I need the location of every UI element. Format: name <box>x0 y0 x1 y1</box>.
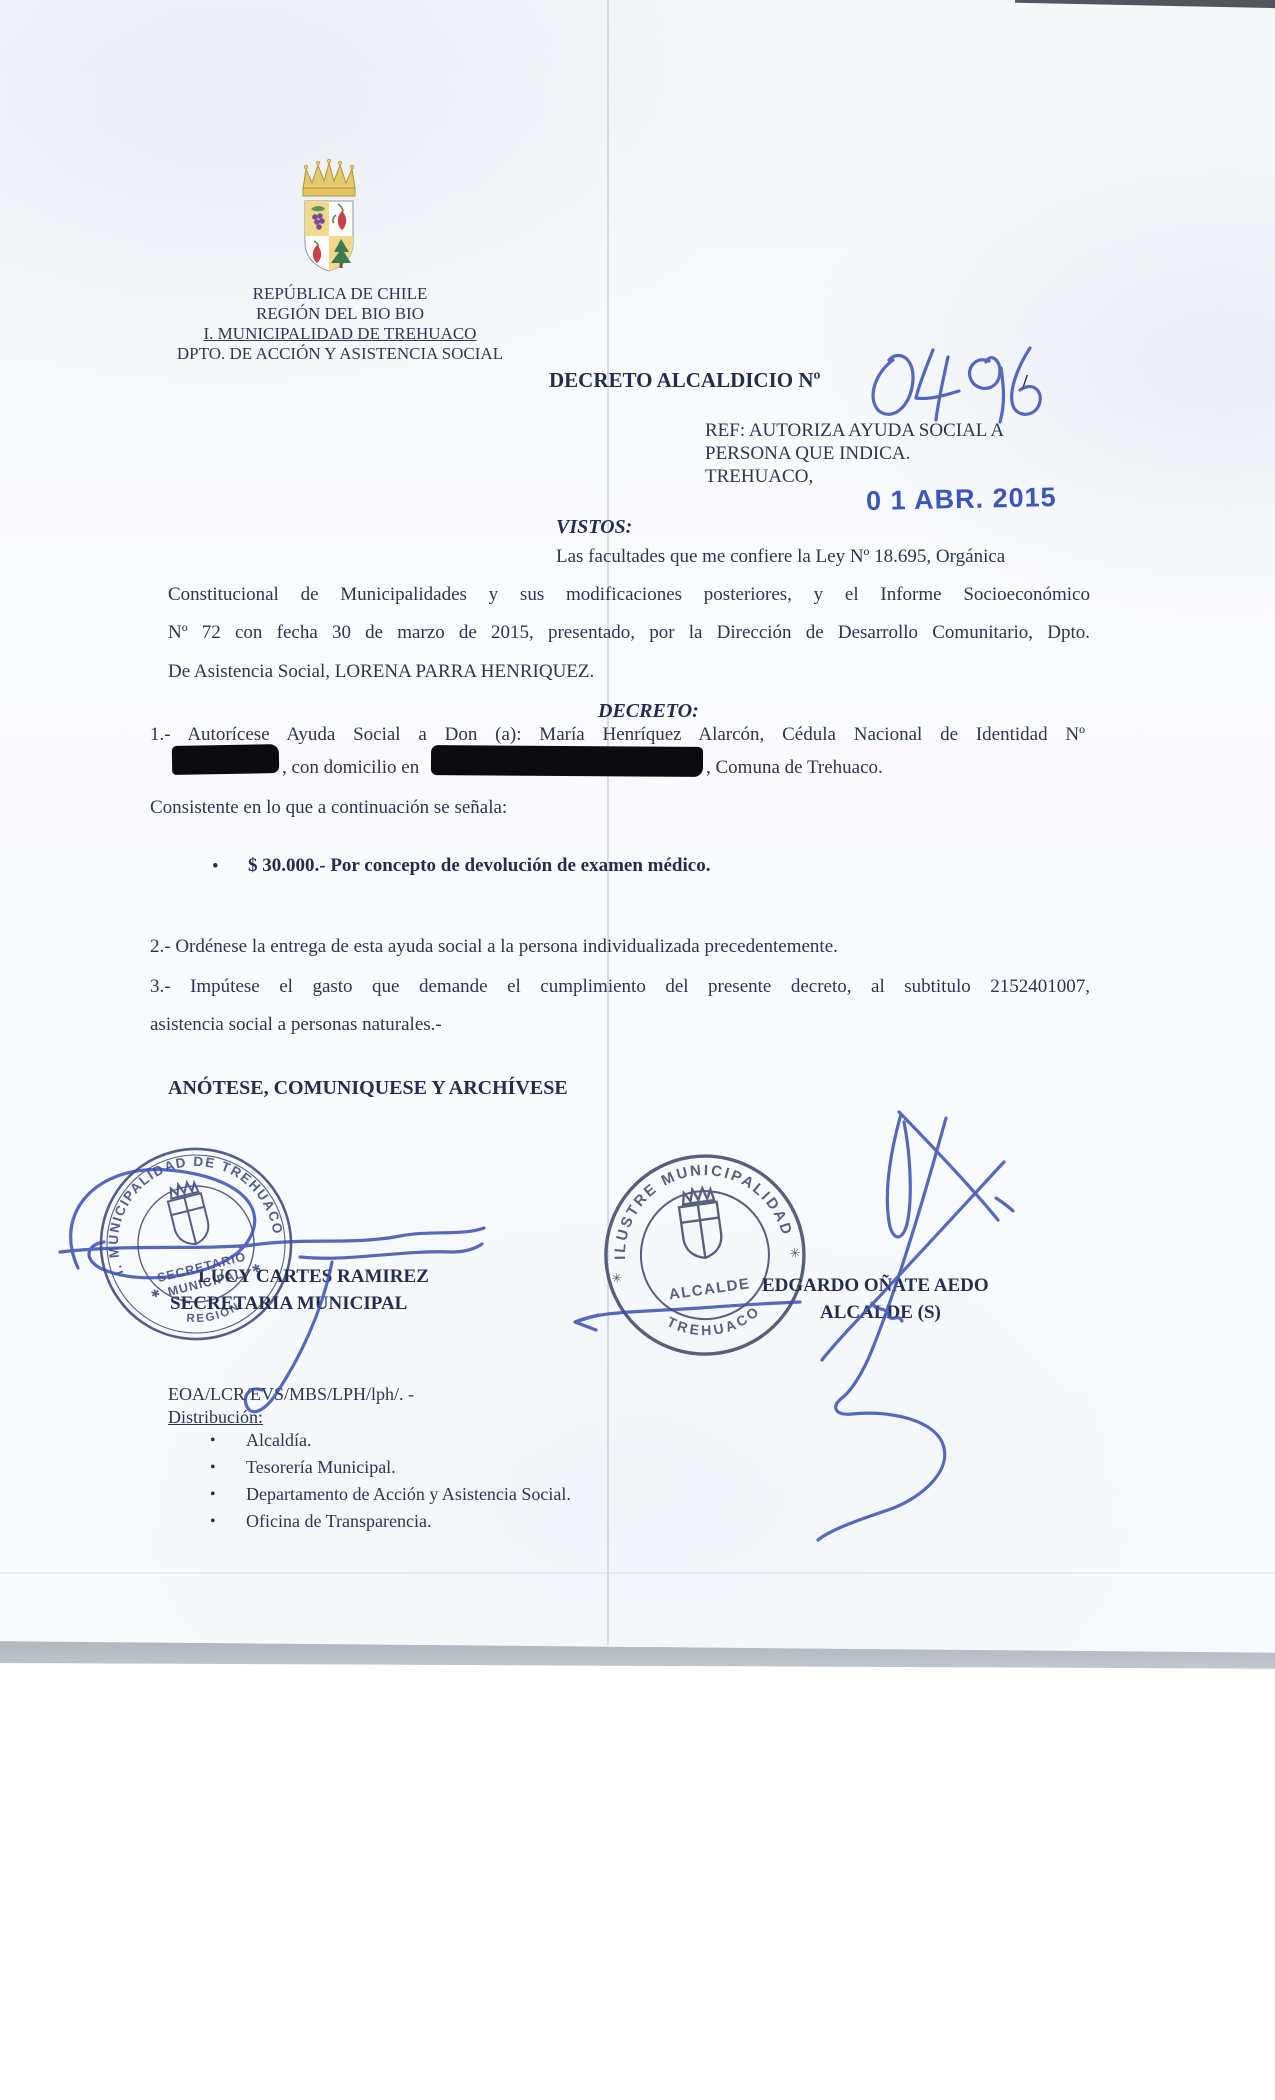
distribution-item: Alcaldía. <box>246 1430 311 1451</box>
letterhead: REPÚBLICA DE CHILE REGIÓN DEL BIO BIO I.… <box>130 284 550 364</box>
initials-line: EOA/LCR/EVS/MBS/LPH/lph/. - <box>168 1384 414 1405</box>
vistos-heading: VISTOS: <box>556 515 632 539</box>
decreto-item1-mid: , con domicilio en <box>282 757 419 780</box>
vistos-line-2: Constitucional de Municipalidades y sus … <box>168 584 1090 607</box>
shield-icon <box>305 201 353 271</box>
seal-shield-icon <box>165 1180 213 1248</box>
ref-line-2: PERSONA QUE INDICA. <box>705 443 910 465</box>
alcalde-seal-star-right: ✳ <box>789 1245 802 1261</box>
amount-line: $ 30.000.- Por concepto de devolución de… <box>248 855 710 878</box>
redaction-bar-id <box>172 744 279 775</box>
distribution-label: Distribución: <box>168 1407 263 1428</box>
letterhead-country: REPÚBLICA DE CHILE <box>130 284 550 304</box>
left-signatory-title: SECRETARIA MUNICIPAL <box>170 1293 407 1315</box>
decreto-item1-end: , Comuna de Trehuaco. <box>706 757 883 780</box>
horizontal-crease <box>0 1572 1275 1574</box>
distribution-item: Oficina de Transparencia. <box>246 1511 431 1532</box>
svg-text:TREHUACO: TREHUACO <box>663 1301 766 1345</box>
decree-title-label: DECRETO ALCALDICIO Nº <box>549 368 820 393</box>
distribution-bullet: • <box>210 1486 216 1504</box>
amount-bullet-marker: • <box>212 856 219 878</box>
decreto-item3-line1: 3.- Impútese el gasto que demande el cum… <box>150 976 1090 999</box>
right-signatory-name: EDGARDO OÑATE AEDO <box>762 1275 989 1297</box>
distribution-bullet: • <box>210 1513 216 1531</box>
vistos-line-1: Las facultades que me confiere la Ley Nº… <box>556 546 1005 569</box>
alcalde-seal-center-text: ALCALDE <box>668 1275 752 1303</box>
vistos-line-4: De Asistencia Social, LORENA PARRA HENRI… <box>168 661 594 684</box>
distribution-item: Departamento de Acción y Asistencia Soci… <box>246 1484 571 1505</box>
distribution-bullet: • <box>210 1459 216 1477</box>
alcalde-seal-shield-icon <box>677 1186 724 1260</box>
alcalde-seal-bottom-text: TREHUACO <box>663 1301 766 1345</box>
ref-city: TREHUACO, <box>705 466 813 488</box>
vertical-fold-crease <box>607 0 609 1645</box>
ref-line-1: REF: AUTORIZA AYUDA SOCIAL A <box>705 420 1004 442</box>
right-signatory-title: ALCALDE (S) <box>820 1302 941 1324</box>
alcalde-seal: ILUSTRE MUNICIPALIDAD TREHUACO ✳ ✳ ALCAL… <box>573 1123 838 1388</box>
decreto-item2: 2.- Ordénese la entrega de esta ayuda so… <box>150 936 838 959</box>
municipal-coat-of-arms <box>289 155 369 275</box>
redaction-bar-address <box>431 745 703 777</box>
letterhead-municipality: I. MUNICIPALIDAD DE TREHUACO <box>130 324 550 344</box>
decree-number-slash: / <box>1022 370 1028 395</box>
crown-icon <box>303 159 355 196</box>
scanned-document-page: REPÚBLICA DE CHILE REGIÓN DEL BIO BIO I.… <box>0 0 1275 2100</box>
consistente-line: Consistente en lo que a continuación se … <box>150 797 507 820</box>
letterhead-department: DPTO. DE ACCIÓN Y ASISTENCIA SOCIAL <box>130 344 550 364</box>
left-signatory-name: LUCY CARTES RAMIREZ <box>198 1266 429 1288</box>
alcalde-seal-star-left: ✳ <box>610 1270 623 1286</box>
distribution-bullet: • <box>210 1432 216 1450</box>
decreto-item1-line1: 1.- Autorícese Ayuda Social a Don (a): M… <box>150 724 1085 747</box>
letterhead-region: REGIÓN DEL BIO BIO <box>130 304 550 324</box>
closing-order-line: ANÓTESE, COMUNIQUESE Y ARCHÍVESE <box>168 1076 568 1100</box>
decreto-heading: DECRETO: <box>598 699 699 723</box>
handwritten-decree-number <box>873 348 1040 422</box>
paper-sheet: REPÚBLICA DE CHILE REGIÓN DEL BIO BIO I.… <box>0 0 1275 1652</box>
date-stamp: 0 1 ABR. 2015 <box>866 482 1057 517</box>
secretary-municipal-seal: I. MUNICIPALIDAD DE TREHUACO REGIÓN SECR… <box>63 1111 330 1378</box>
vistos-line-3: Nº 72 con fecha 30 de marzo de 2015, pre… <box>168 622 1090 645</box>
distribution-item: Tesorería Municipal. <box>246 1457 396 1478</box>
decreto-item3-line2: asistencia social a personas naturales.- <box>150 1014 442 1037</box>
